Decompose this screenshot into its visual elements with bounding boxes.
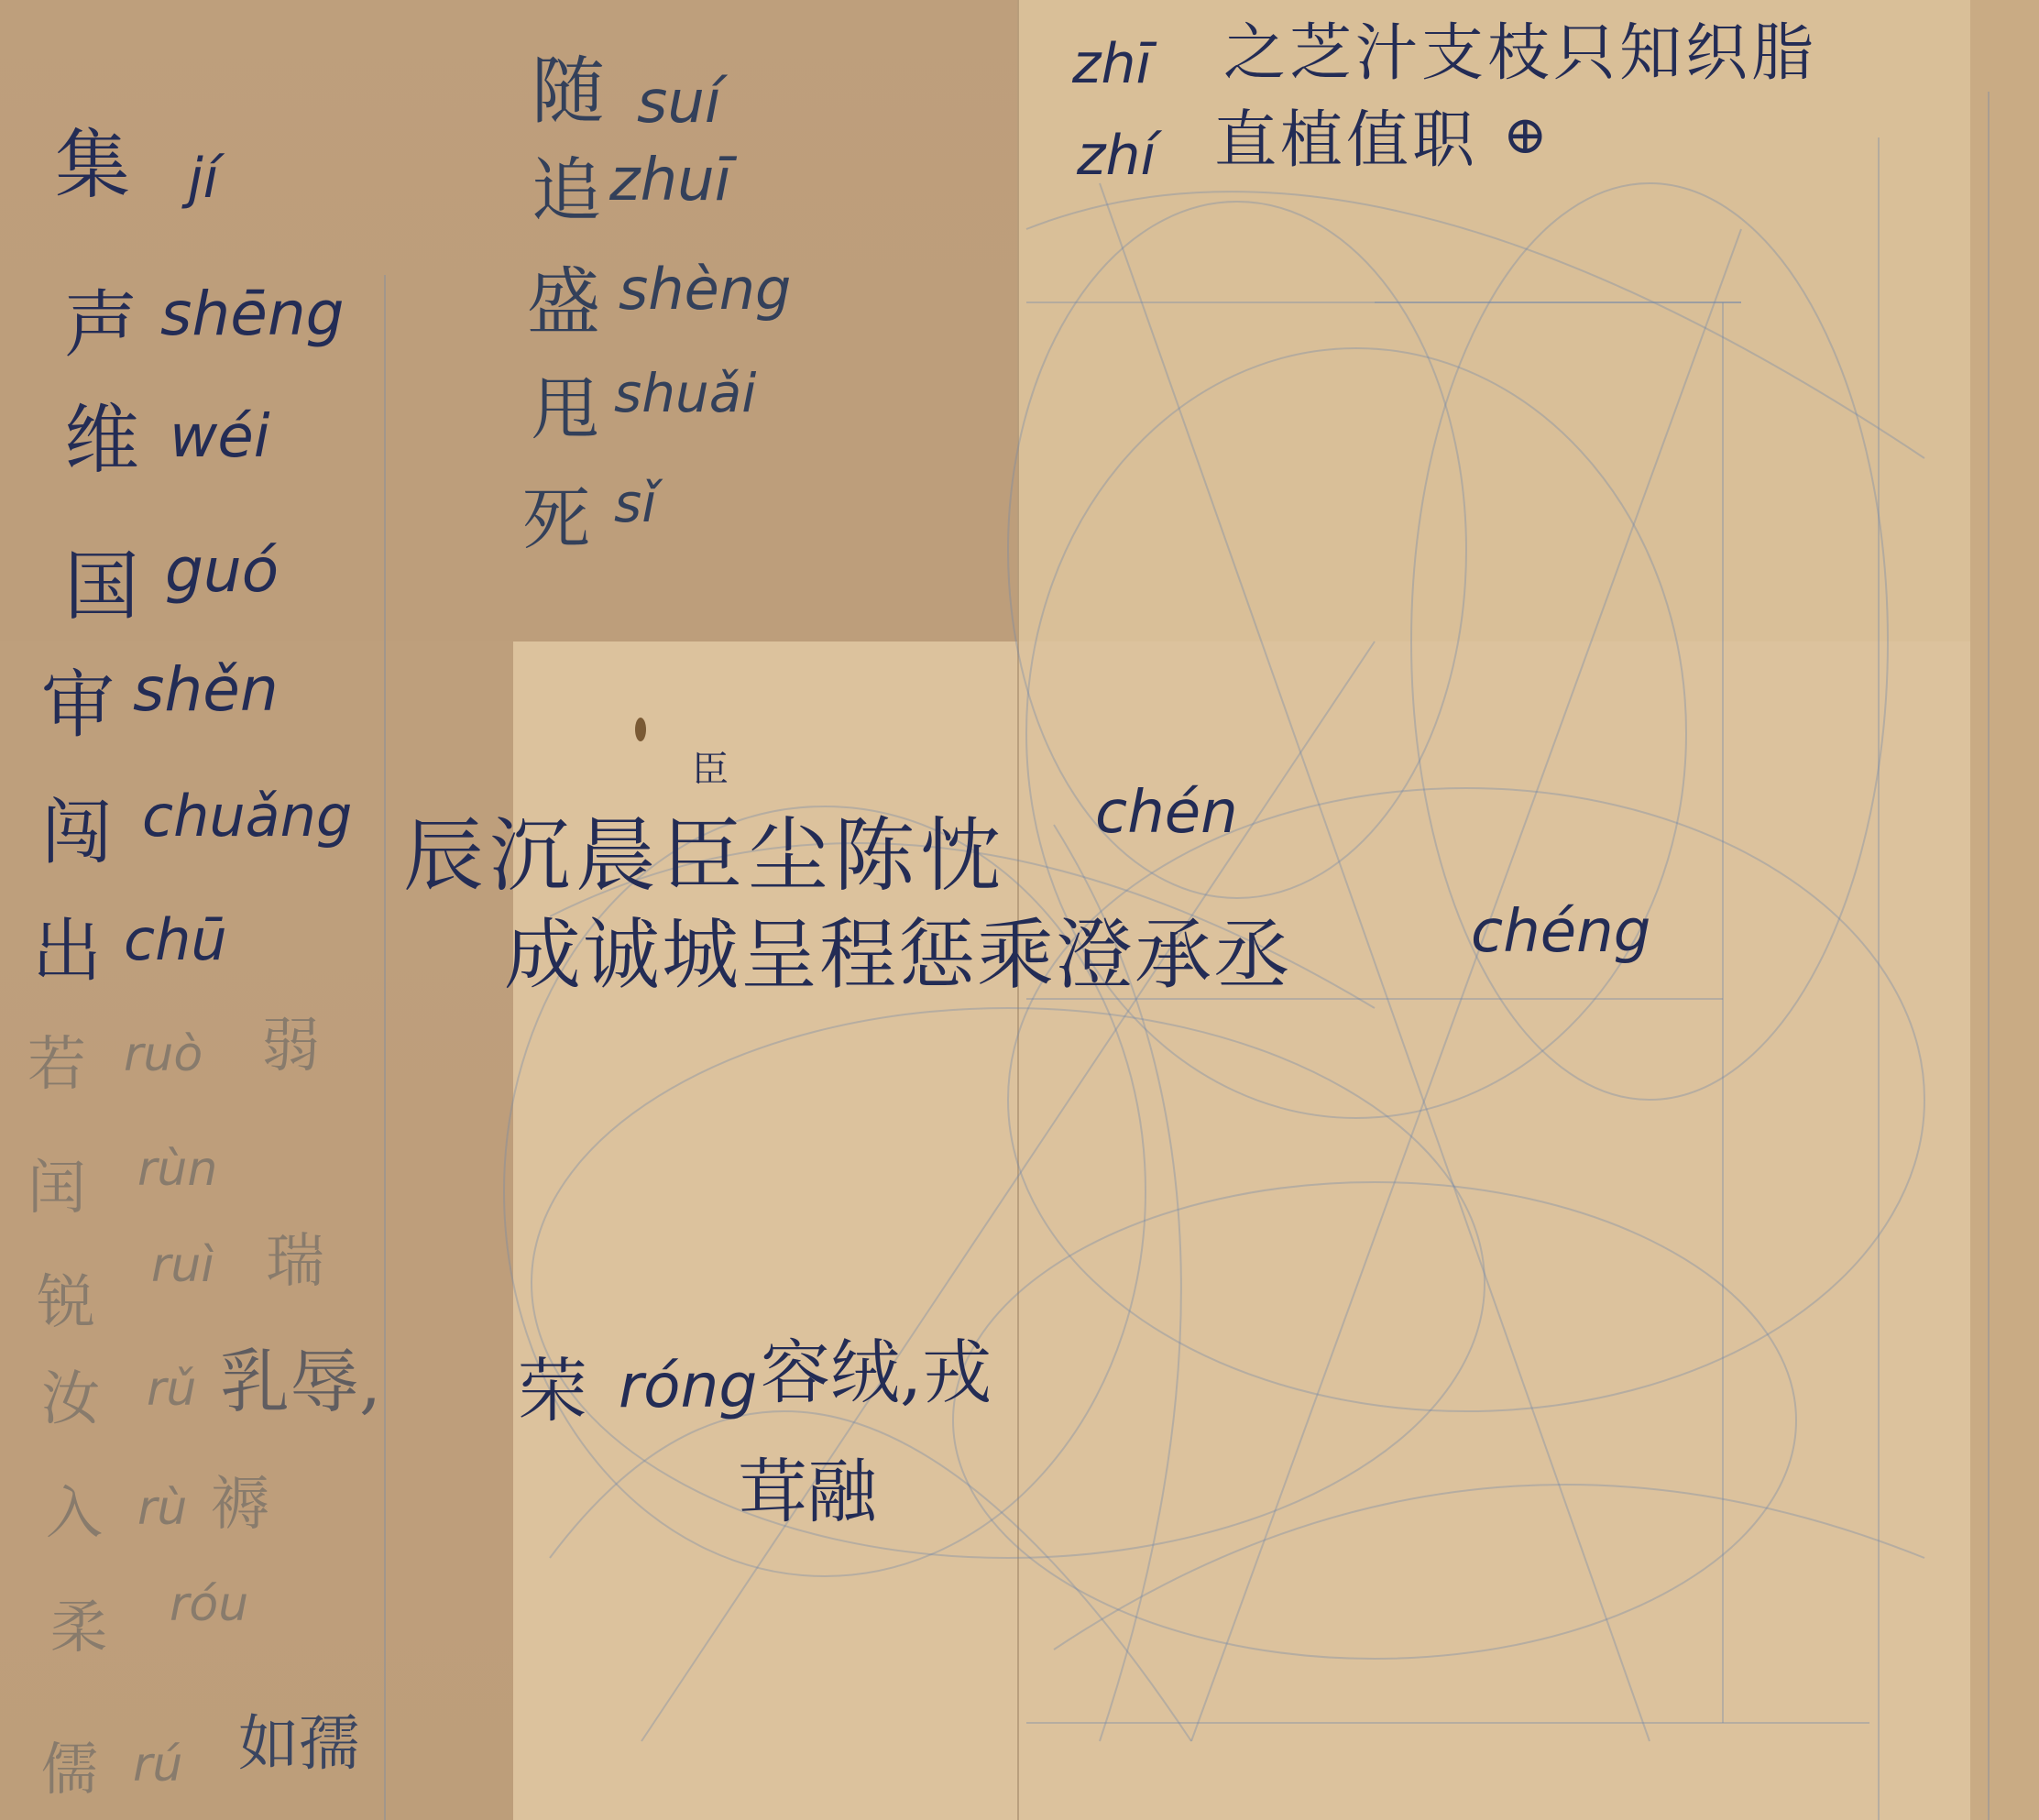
faint-extra-char: 瑞: [266, 1233, 324, 1291]
vocab-char: 出: [32, 916, 102, 986]
vocab-pinyin: zhuī: [609, 151, 731, 210]
zhi2-pinyin: zhí: [1077, 128, 1156, 183]
vocab-pinyin: jí: [188, 151, 218, 206]
chen-annotation: 臣: [692, 751, 729, 788]
faint-pinyin: róu: [170, 1581, 248, 1628]
vocab-pinyin: shèng: [619, 261, 791, 318]
scribbled-out-mark: ⊕: [1503, 108, 1548, 161]
vocab-char: 国: [64, 550, 139, 625]
vocab-char: 审: [41, 669, 115, 742]
cheng-chars: 成诚城呈程惩乘澄承丞: [504, 916, 1292, 993]
faint-char: 锐: [37, 1274, 95, 1332]
zhi2-chars: 直植值职: [1214, 110, 1478, 172]
rong-second-row: 茸融: [738, 1457, 877, 1527]
zhi1-chars: 之芝汁支枝只知织脂: [1223, 23, 1817, 85]
rong-char: 荣: [518, 1356, 587, 1426]
faint-char: 入: [46, 1485, 103, 1541]
vocab-char: 甩: [532, 376, 599, 444]
vocab-pinyin: chuǎng: [142, 788, 352, 845]
faint-pinyin: ruò: [124, 1031, 203, 1079]
vocab-pinyin: shěn: [133, 660, 279, 720]
chen-chars: 辰沉晨臣尘陈忱: [403, 816, 1006, 896]
scanned-paper-page: 集 jí 声 shēng 维 wéi 国 guó 审 shěn 闯 chuǎng…: [0, 0, 2039, 1820]
vocab-char: 闯: [41, 797, 113, 869]
vocab-pinyin: guó: [165, 541, 279, 601]
vocab-char: 集: [55, 128, 130, 203]
faint-pinyin: ruì: [151, 1242, 214, 1289]
vocab-char: 声: [64, 289, 137, 362]
vocab-char: 维: [64, 403, 139, 478]
faint-extra-char: 弱: [261, 1017, 320, 1076]
zhi1-pinyin: zhī: [1072, 37, 1151, 92]
faint-char: 汝: [41, 1370, 100, 1429]
vocab-char: 盛: [527, 266, 600, 339]
faint-pinyin: rùn: [137, 1146, 217, 1193]
cheng-pinyin: chéng: [1471, 903, 1650, 961]
chen-pinyin: chén: [1095, 784, 1238, 842]
vocab-pinyin: suí: [637, 73, 721, 132]
rong-prefix: 乳辱,: [220, 1347, 381, 1417]
bottom-note: 如孺: [238, 1714, 359, 1774]
vocab-pinyin: sǐ: [614, 477, 656, 530]
vocab-pinyin: wéi: [170, 408, 270, 466]
faint-char: 若: [27, 1036, 86, 1094]
vocab-pinyin: chū: [124, 912, 227, 969]
faint-char: 儒: [41, 1741, 98, 1798]
faint-pinyin: rú: [133, 1741, 182, 1789]
faint-pinyin: rù: [137, 1485, 187, 1532]
vocab-char: 追: [532, 156, 601, 225]
faint-char: 柔: [50, 1599, 107, 1656]
vocab-pinyin: shēng: [160, 284, 345, 345]
rong-after: 容绒,戎: [761, 1338, 992, 1408]
faint-extra-char: 褥: [211, 1475, 269, 1534]
faint-char: 闰: [27, 1159, 86, 1218]
vocab-char: 死: [522, 486, 590, 554]
faint-pinyin: rǔ: [147, 1365, 196, 1413]
ink-stain-dot: [635, 718, 646, 741]
vocab-char: 随: [532, 55, 605, 128]
rong-pinyin: róng: [619, 1356, 757, 1417]
vocab-pinyin: shuǎi: [614, 367, 756, 420]
